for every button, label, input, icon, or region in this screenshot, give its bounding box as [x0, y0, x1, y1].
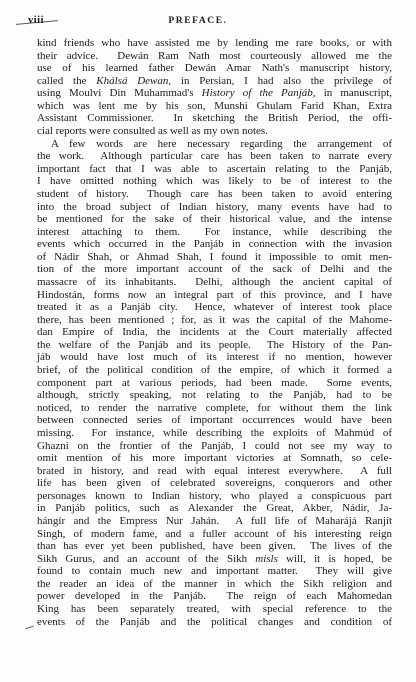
text-line: massacre of its inhabitants. Delhi, alth…: [37, 276, 392, 289]
text-line: treated it as a Panjáb city. Hence, what…: [37, 301, 392, 314]
text-line: than has ever yet been published, have b…: [37, 540, 392, 553]
text-line: cial reports were consulted as well as m…: [37, 125, 392, 138]
text-line: Assistant Commissioner. In sketching the…: [37, 112, 392, 125]
text-line: between connected series of important oc…: [37, 414, 392, 427]
text-line: kind friends who have assisted me by len…: [37, 37, 392, 50]
text-line: A few words are here necessary regarding…: [37, 138, 392, 151]
margin-pen-mark: [25, 626, 34, 630]
text-line: into the broad subject of Indian history…: [37, 201, 392, 214]
text-line: student of history. Though care has been…: [37, 188, 392, 201]
text-line: power developed in the Panjáb. The reign…: [37, 590, 392, 603]
text-line: events which occurred in the Panjáb in c…: [37, 238, 392, 251]
text-line: although, strictly speaking, not relatin…: [37, 389, 392, 402]
text-line: dan Empire of India, the incidents at th…: [37, 326, 392, 339]
text-line: the welfare of the Panjáb and its people…: [37, 339, 392, 352]
text-line: of Nádir Shah, or Ahmad Shah, I found it…: [37, 251, 392, 264]
text-line: brief, of the political condition of the…: [37, 364, 392, 377]
page-header: viii PREFACE.: [0, 13, 416, 29]
text-line: in Panjáb politics, such as Alexander th…: [37, 502, 392, 515]
text-line: which was lent me by his son, Munshi Ghu…: [37, 100, 392, 113]
text-line: called the Khálsá Dewan, in Persian, I h…: [37, 75, 392, 88]
text-line: their advice. Dewán Ram Nath most courte…: [37, 50, 392, 63]
text-line: component part at various periods, had b…: [37, 377, 392, 390]
text-line: Hindostán, forms now an integral part of…: [37, 289, 392, 302]
text-line: the reader an idea of the manner in whic…: [37, 578, 392, 591]
text-line: tion of the more important account of th…: [37, 263, 392, 276]
text-line: interest attaching to them. For instance…: [37, 226, 392, 239]
text-line: found to contain much new and important …: [37, 565, 392, 578]
text-line: life has been given of celebrated sovere…: [37, 477, 392, 490]
text-line: jáb would have lost much of its interest…: [37, 351, 392, 364]
text-line: brated in history, and read with equal i…: [37, 465, 392, 478]
text-line: hángír and the Empress Nur Jahán. A full…: [37, 515, 392, 528]
book-page: viii PREFACE. kind friends who have assi…: [0, 0, 416, 682]
text-line: using Moulvi Din Muhammad's History of t…: [37, 87, 392, 100]
text-line: there, has been mentioned ; for, as it w…: [37, 314, 392, 327]
text-line: Ghazni on the frontier of the Panjáb, I …: [37, 440, 392, 453]
text-line: important fact that I was able to ascert…: [37, 163, 392, 176]
text-line: I have omitted nothing which was likely …: [37, 175, 392, 188]
text-line: use of his learned father Dewán Amar Nat…: [37, 62, 392, 75]
text-line: King has been separately treated, with s…: [37, 603, 392, 616]
text-line: the work. Although particular care has b…: [37, 150, 392, 163]
text-line: events of the Panjáb and the political c…: [37, 616, 392, 629]
header-title: PREFACE.: [0, 16, 396, 26]
text-line: missing. For instance, while describing …: [37, 427, 392, 440]
text-line: omit mention of his more important victo…: [37, 452, 392, 465]
text-line: noticed, to render the narrative complet…: [37, 402, 392, 415]
text-line: personages known to Indian history, who …: [37, 490, 392, 503]
text-line: Sikh Gurus, and an account of the Sikh m…: [37, 553, 392, 566]
text-line: Singh, of modern fame, and a fuller acco…: [37, 528, 392, 541]
body-text: kind friends who have assisted me by len…: [37, 37, 392, 628]
text-line: be mentioned for the sake of their histo…: [37, 213, 392, 226]
